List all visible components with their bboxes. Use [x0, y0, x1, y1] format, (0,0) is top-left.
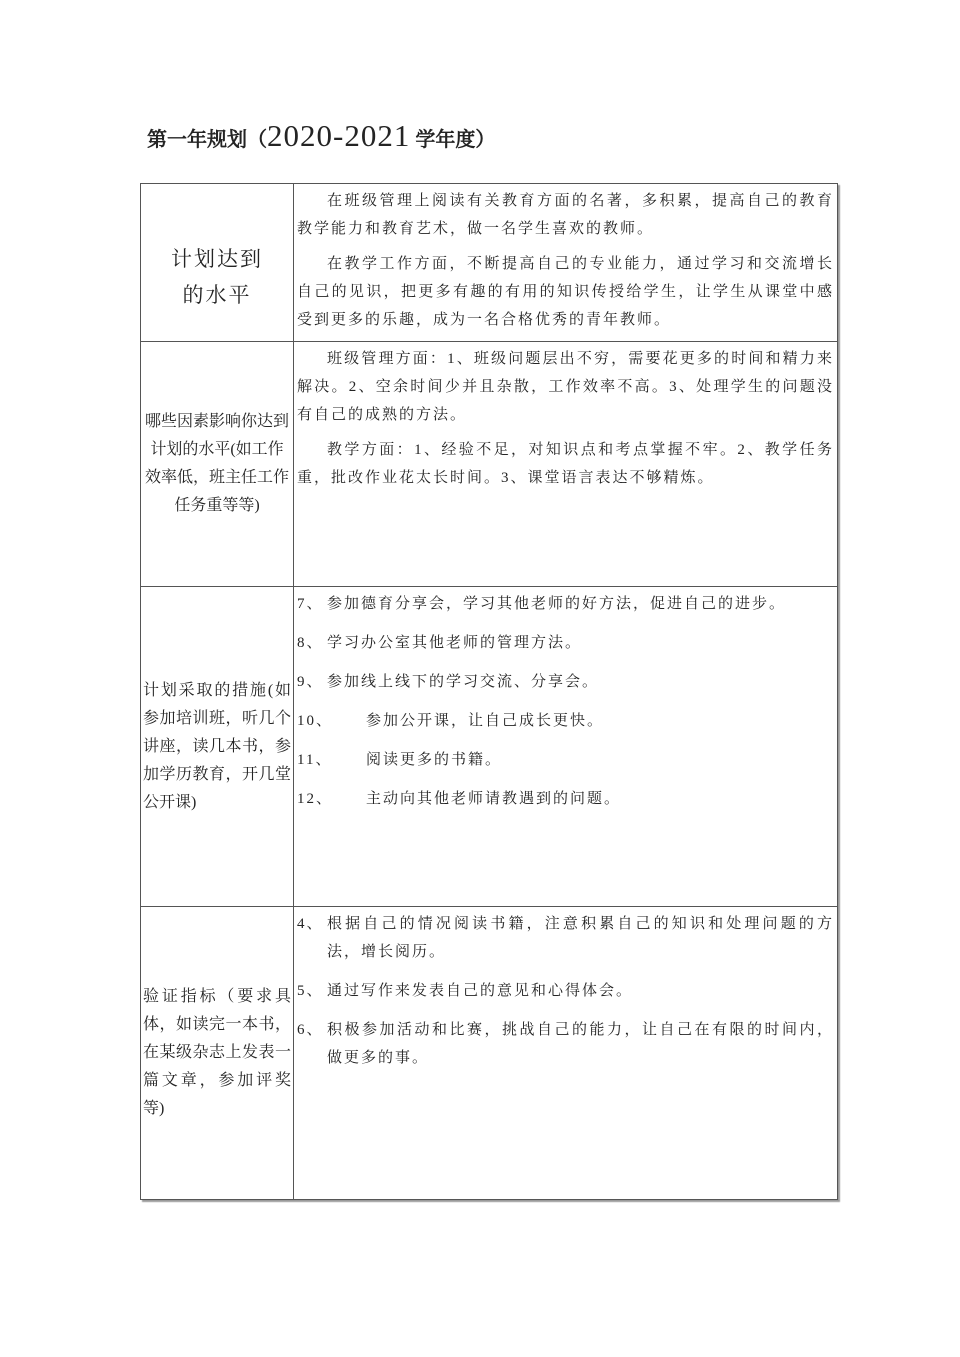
table-row: 哪些因素影响你达到计划的水平(如工作效率低，班主任工作任务重等等)班级管理方面：…: [141, 342, 838, 587]
page-title-prefix: 第一年规划（: [147, 129, 267, 151]
row-label-line: 验证指标（要求具: [143, 983, 291, 1011]
list-item-number: 4、: [297, 910, 327, 966]
list-item-number: 11、: [297, 746, 366, 774]
row-content: 班级管理方面：1、班级问题层出不穷，需要花更多的时间和精力来解决。2、空余时间少…: [294, 342, 838, 587]
list-item-text: 学习办公室其他老师的管理方法。: [327, 629, 834, 657]
list-item: 6、积极参加活动和比赛，挑战自己的能力，让自己在有限的时间内，做更多的事。: [297, 1016, 834, 1072]
list-item-number: 8、: [297, 629, 327, 657]
row-content: 4、根据自己的情况阅读书籍，注意积累自己的知识和处理问题的方法，增长阅历。5、通…: [294, 907, 838, 1200]
list-item: 5、通过写作来发表自己的意见和心得体会。: [297, 977, 834, 1005]
list-item: 11、阅读更多的书籍。: [297, 746, 834, 774]
list-item: 8、学习办公室其他老师的管理方法。: [297, 629, 834, 657]
paragraph: 在班级管理上阅读有关教育方面的名著，多积累，提高自己的教育教学能力和教育艺术，做…: [297, 187, 834, 243]
row-label-line: 的水平: [143, 277, 291, 313]
table-row: 计划采取的措施(如参加培训班，听几个讲座，读几本书，参加学历教育，开几堂公开课)…: [141, 587, 838, 907]
row-label-line: 在某级杂志上发表一: [143, 1039, 291, 1067]
row-label: 计划采取的措施(如参加培训班，听几个讲座，读几本书，参加学历教育，开几堂公开课): [141, 587, 294, 907]
page-title-suffix: 学年度）: [410, 129, 495, 151]
row-label-line: 计划采取的措施(如: [143, 677, 291, 705]
list-item-text: 参加公开课，让自己成长更快。: [366, 707, 834, 735]
list-item-number: 6、: [297, 1016, 327, 1072]
list-item-text: 参加线上线下的学习交流、分享会。: [327, 668, 834, 696]
row-label-line: 讲座，读几本书，参: [143, 733, 291, 761]
row-label-line: 效率低，班主任工作: [143, 464, 291, 492]
list-item-number: 9、: [297, 668, 327, 696]
paragraph: 班级管理方面：1、班级问题层出不穷，需要花更多的时间和精力来解决。2、空余时间少…: [297, 345, 834, 429]
row-content: 7、参加德育分享会，学习其他老师的好方法，促进自己的进步。8、学习办公室其他老师…: [294, 587, 838, 907]
row-label: 验证指标（要求具体，如读完一本书，在某级杂志上发表一篇文章，参加评奖等): [141, 907, 294, 1200]
list-item-number: 5、: [297, 977, 327, 1005]
row-label-line: 哪些因素影响你达到: [143, 408, 291, 436]
page-title-year: 2020-2021: [267, 118, 410, 153]
list-item-number: 10、: [297, 707, 366, 735]
list-item-text: 参加德育分享会，学习其他老师的好方法，促进自己的进步。: [327, 590, 834, 618]
list-item-number: 7、: [297, 590, 327, 618]
plan-table: 计划达到的水平在班级管理上阅读有关教育方面的名著，多积累，提高自己的教育教学能力…: [140, 183, 838, 1200]
row-label: 哪些因素影响你达到计划的水平(如工作效率低，班主任工作任务重等等): [141, 342, 294, 587]
list-item: 10、参加公开课，让自己成长更快。: [297, 707, 834, 735]
list-item-text: 主动向其他老师请教遇到的问题。: [366, 785, 834, 813]
table-row: 计划达到的水平在班级管理上阅读有关教育方面的名著，多积累，提高自己的教育教学能力…: [141, 184, 838, 342]
list-item-text: 通过写作来发表自己的意见和心得体会。: [327, 977, 834, 1005]
row-label-line: 篇文章，参加评奖: [143, 1067, 291, 1095]
list-item-text: 根据自己的情况阅读书籍，注意积累自己的知识和处理问题的方法，增长阅历。: [327, 910, 834, 966]
row-label: 计划达到的水平: [141, 184, 294, 342]
row-label-line: 加学历教育，开几堂: [143, 761, 291, 789]
row-label-line: 任务重等等): [143, 492, 291, 520]
table-row: 验证指标（要求具体，如读完一本书，在某级杂志上发表一篇文章，参加评奖等)4、根据…: [141, 907, 838, 1200]
list-item-text: 阅读更多的书籍。: [366, 746, 834, 774]
list-item: 4、根据自己的情况阅读书籍，注意积累自己的知识和处理问题的方法，增长阅历。: [297, 910, 834, 966]
list-item-text: 积极参加活动和比赛，挑战自己的能力，让自己在有限的时间内，做更多的事。: [327, 1016, 834, 1072]
paragraph: 在教学工作方面，不断提高自己的专业能力，通过学习和交流增长自己的见识，把更多有趣…: [297, 250, 834, 334]
list-item-number: 12、: [297, 785, 366, 813]
list-item: 12、主动向其他老师请教遇到的问题。: [297, 785, 834, 813]
row-label-line: 计划的水平(如工作: [143, 436, 291, 464]
page-title: 第一年规划（2020-2021 学年度）: [147, 119, 495, 157]
row-label-line: 公开课): [143, 789, 291, 817]
row-label-line: 计划达到: [143, 241, 291, 277]
row-content: 在班级管理上阅读有关教育方面的名著，多积累，提高自己的教育教学能力和教育艺术，做…: [294, 184, 838, 342]
list-item: 9、参加线上线下的学习交流、分享会。: [297, 668, 834, 696]
row-label-line: 等): [143, 1095, 291, 1123]
paragraph: 教学方面：1、经验不足，对知识点和考点掌握不牢。2、教学任务重，批改作业花太长时…: [297, 436, 834, 492]
list-item: 7、参加德育分享会，学习其他老师的好方法，促进自己的进步。: [297, 590, 834, 618]
row-label-line: 体，如读完一本书，: [143, 1011, 291, 1039]
row-label-line: 参加培训班，听几个: [143, 705, 291, 733]
